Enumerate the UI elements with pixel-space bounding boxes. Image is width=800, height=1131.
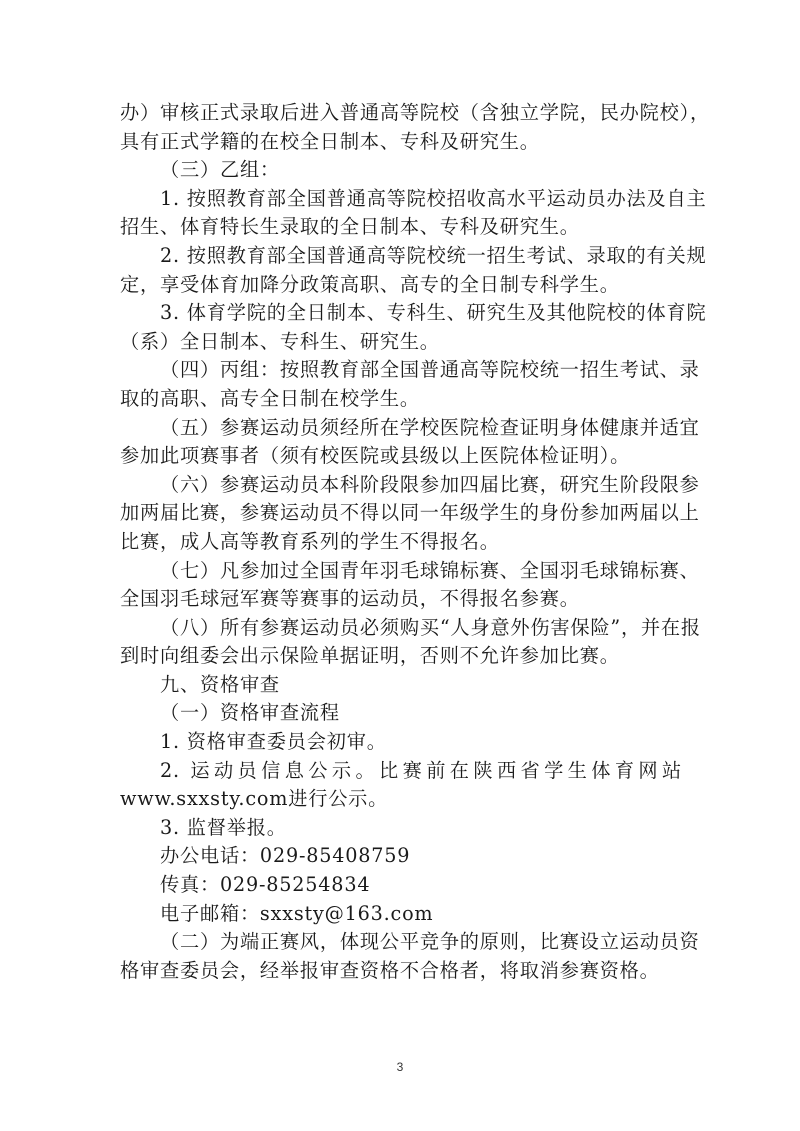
text-line: 九、资格审查 <box>120 671 682 700</box>
text-line: 1. 资格审查委员会初审。 <box>120 728 682 757</box>
text-line: 比赛，成人高等教育系列的学生不得报名。 <box>120 528 682 557</box>
text-line: 3. 体育学院的全日制本、专科生、研究生及其他院校的体育院 <box>120 299 682 328</box>
text-line: （系）全日制本、专科生、研究生。 <box>120 328 682 357</box>
text-line: 2. 运动员信息公示。比赛前在陕西省学生体育网站 <box>120 757 682 786</box>
text-line: 办）审核正式录取后进入普通高等院校（含独立学院，民办院校）， <box>120 99 682 128</box>
text-line: 到时向组委会出示保险单据证明，否则不允许参加比赛。 <box>120 642 682 671</box>
text-line: 具有正式学籍的在校全日制本、专科及研究生。 <box>120 128 682 157</box>
text-line: 传真：029-85254834 <box>120 871 682 900</box>
text-line: （二）为端正赛风，体现公平竞争的原则，比赛设立运动员资 <box>120 928 682 957</box>
text-line: 格审查委员会，经举报审查资格不合格者，将取消参赛资格。 <box>120 957 682 986</box>
text-line: www.sxxsty.com进行公示。 <box>120 785 682 814</box>
document-body: 办）审核正式录取后进入普通高等院校（含独立学院，民办院校），具有正式学籍的在校全… <box>120 99 682 985</box>
text-line: 参加此项赛事者（须有校医院或县级以上医院体检证明）。 <box>120 442 682 471</box>
text-line: 1. 按照教育部全国普通高等院校招收高水平运动员办法及自主 <box>120 185 682 214</box>
text-line: （八）所有参赛运动员必须购买“人身意外伤害保险”，并在报 <box>120 614 682 643</box>
text-line: 3. 监督举报。 <box>120 814 682 843</box>
text-line: 办公电话：029-85408759 <box>120 842 682 871</box>
text-line: 2. 按照教育部全国普通高等院校统一招生考试、录取的有关规 <box>120 242 682 271</box>
text-line: 招生、体育特长生录取的全日制本、专科及研究生。 <box>120 213 682 242</box>
text-line: （三）乙组： <box>120 156 682 185</box>
text-line: 电子邮箱：sxxsty@163.com <box>120 900 682 929</box>
text-line: 取的高职、高专全日制在校学生。 <box>120 385 682 414</box>
page-number: 3 <box>0 1060 800 1074</box>
text-line: （六）参赛运动员本科阶段限参加四届比赛，研究生阶段限参 <box>120 471 682 500</box>
text-line: （五）参赛运动员须经所在学校医院检查证明身体健康并适宜 <box>120 414 682 443</box>
text-line: 全国羽毛球冠军赛等赛事的运动员，不得报名参赛。 <box>120 585 682 614</box>
text-line: 加两届比赛，参赛运动员不得以同一年级学生的身份参加两届以上 <box>120 499 682 528</box>
text-line: （四）丙组：按照教育部全国普通高等院校统一招生考试、录 <box>120 356 682 385</box>
text-line: 定，享受体育加降分政策高职、高专的全日制专科学生。 <box>120 271 682 300</box>
text-line: （七）凡参加过全国青年羽毛球锦标赛、全国羽毛球锦标赛、 <box>120 557 682 586</box>
text-line: （一）资格审查流程 <box>120 699 682 728</box>
